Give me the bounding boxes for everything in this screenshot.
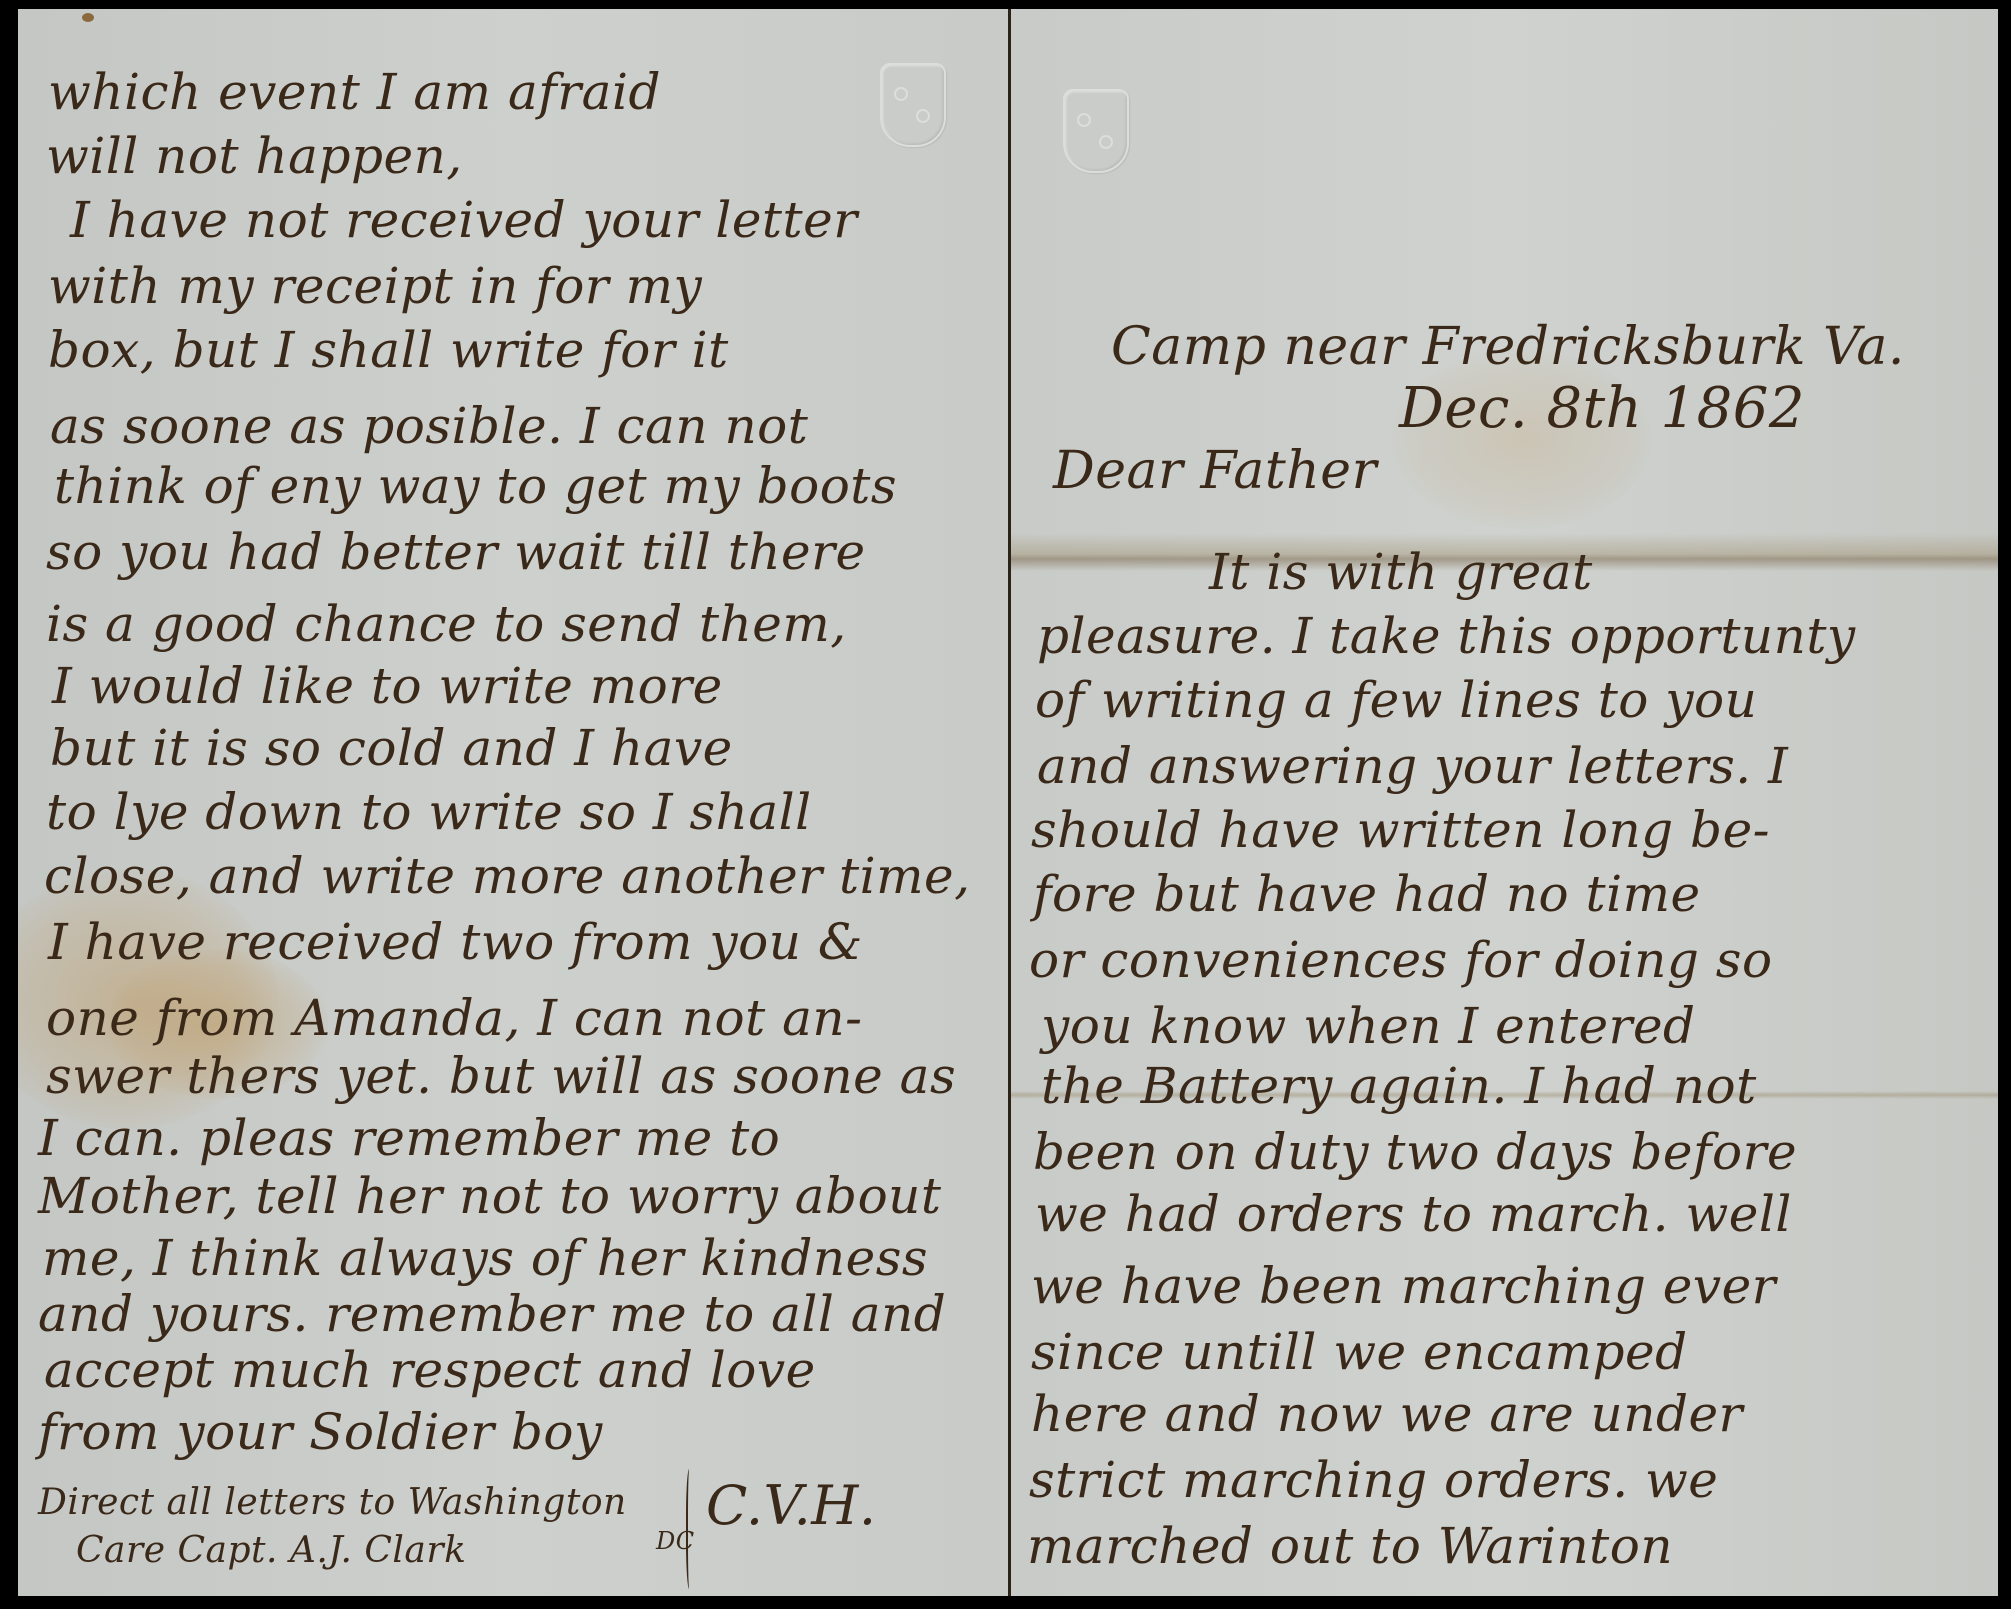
letter-line: think of eny way to get my boots <box>54 461 897 511</box>
letter-line: is a good chance to send them, <box>46 599 847 649</box>
letter-line: should have written long be- <box>1031 805 1770 855</box>
letter-line: we had orders to march. well <box>1035 1189 1792 1239</box>
embossed-crest-icon <box>880 63 946 147</box>
letter-line: with my receipt in for my <box>48 261 702 311</box>
letter-line: strict marching orders. we <box>1029 1455 1718 1505</box>
letter-line: we have been marching ever <box>1031 1261 1776 1311</box>
letter-line: to lye down to write so I shall <box>46 787 812 837</box>
letter-line: fore but have had no time <box>1033 869 1701 919</box>
bracket-brace <box>686 1469 694 1589</box>
letter-line: I can. pleas remember me to <box>38 1113 780 1163</box>
letter-line: box, but I shall write for it <box>48 325 729 375</box>
letter-line: so you had better wait till there <box>46 527 866 577</box>
letter-line: here and now we are under <box>1031 1389 1743 1439</box>
letter-line: been on duty two days before <box>1033 1127 1797 1177</box>
letter-line: the Battery again. I had not <box>1041 1061 1757 1111</box>
letter-line: one from Amanda, I can not an- <box>46 993 863 1043</box>
postscript-care: Care Capt. A.J. Clark <box>76 1533 466 1569</box>
letter-line: but it is so cold and I have <box>50 723 733 773</box>
letter-page-left: which event I am afraid will not happen,… <box>18 9 1010 1596</box>
ink-spot <box>82 13 94 22</box>
letter-line: accept much respect and love <box>44 1345 816 1395</box>
letter-line: you know when I entered <box>1041 1001 1696 1051</box>
letter-line: close, and write more another time, <box>44 851 970 901</box>
letter-line: pleasure. I take this opportunty <box>1037 611 1856 661</box>
letter-salutation: Dear Father <box>1053 445 1377 497</box>
letter-line: of writing a few lines to you <box>1035 675 1757 725</box>
letter-line: from your Soldier boy <box>38 1407 603 1457</box>
letter-line: or conveniences for doing so <box>1029 935 1773 985</box>
letter-line: I have received two from you & <box>48 917 863 967</box>
letter-line: It is with great <box>1209 547 1593 597</box>
letter-line: marched out to Warinton <box>1027 1521 1673 1571</box>
signature: C.V.H. <box>706 1479 877 1533</box>
letter-line: and yours. remember me to all and <box>38 1289 946 1339</box>
letter-line: will not happen, <box>46 131 463 181</box>
letter-line: swer thers yet. but will as soone as <box>46 1051 956 1101</box>
letter-line: Mother, tell her not to worry about <box>38 1171 941 1221</box>
letter-line: me, I think always of her kindness <box>42 1233 928 1283</box>
letter-heading-date: Dec. 8th 1862 <box>1399 381 1805 437</box>
letter-page-right: Camp near Fredricksburk Va. Dec. 8th 186… <box>1011 9 1998 1596</box>
letter-line: and answering your letters. I <box>1037 741 1788 791</box>
letter-line: I would like to write more <box>52 661 723 711</box>
postscript-direct: Direct all letters to Washington <box>38 1485 627 1521</box>
embossed-crest-icon <box>1063 89 1129 173</box>
letter-line: since untill we encamped <box>1031 1327 1688 1377</box>
letter-line: I have not received your letter <box>70 195 858 245</box>
letter-heading-place: Camp near Fredricksburk Va. <box>1111 321 1905 373</box>
letter-line: which event I am afraid <box>48 67 661 117</box>
letter-line: as soone as posible. I can not <box>50 401 808 451</box>
